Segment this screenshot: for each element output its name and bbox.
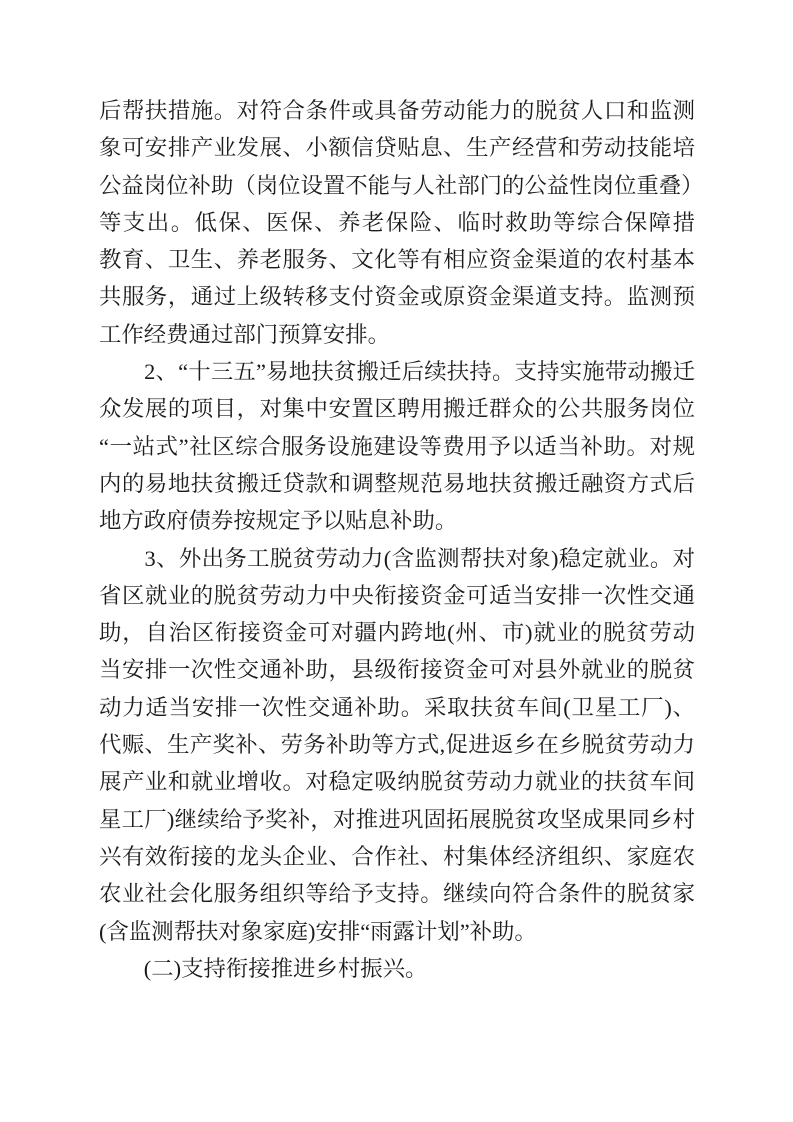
text-line: 共服务，通过上级转移支付资金或原资金渠道支持。监测预警: [99, 278, 695, 315]
text-line: 省区就业的脱贫劳动力中央衔接资金可适当安排一次性交通补: [99, 577, 695, 614]
text-line: 展产业和就业增收。对稳定吸纳脱贫劳动力就业的扶贫车间(卫: [99, 763, 695, 800]
text-line: 农业社会化服务组织等给予支持。继续向符合条件的脱贫家庭: [99, 875, 695, 912]
text-line: 星工厂)继续给予奖补，对推进巩固拓展脱贫攻坚成果同乡村振: [99, 801, 695, 838]
text-line: 2、“十三五”易地扶贫搬迁后续扶持。支持实施带动搬迁群: [99, 353, 695, 390]
text-line: 兴有效衔接的龙头企业、合作社、村集体经济组织、家庭农场、: [99, 838, 695, 875]
text-line: 众发展的项目，对集中安置区聘用搬迁群众的公共服务岗位和: [99, 390, 695, 427]
text-line: 动力适当安排一次性交通补助。采取扶贫车间(卫星工厂)、以工: [99, 689, 695, 726]
text-line: (含监测帮扶对象家庭)安排“雨露计划”补助。: [99, 913, 695, 950]
text-line: 等支出。低保、医保、养老保险、临时救助等综合保障措施，: [99, 204, 695, 241]
text-line: “一站式”社区综合服务设施建设等费用予以适当补助。对规划: [99, 428, 695, 465]
document-page: 后帮扶措施。对符合条件或具备劳动能力的脱贫人口和监测对 象可安排产业发展、小额信…: [0, 0, 793, 1122]
text-line: 公益岗位补助（岗位设置不能与人社部门的公益性岗位重叠）: [99, 167, 695, 204]
text-line: 工作经费通过部门预算安排。: [99, 316, 695, 353]
text-line: 内的易地扶贫搬迁贷款和调整规范易地扶贫搬迁融资方式后的: [99, 465, 695, 502]
text-line: 助，自治区衔接资金可对疆内跨地(州、市)就业的脱贫劳动力适: [99, 614, 695, 651]
text-line: 后帮扶措施。对符合条件或具备劳动能力的脱贫人口和监测对: [99, 92, 695, 129]
text-line: 3、外出务工脱贫劳动力(含监测帮扶对象)稳定就业。对跨: [99, 540, 695, 577]
text-line: 代赈、生产奖补、劳务补助等方式,促进返乡在乡脱贫劳动力发: [99, 726, 695, 763]
text-line: 象可安排产业发展、小额信贷贴息、生产经营和劳动技能培训、: [99, 129, 695, 166]
text-line: 地方政府债券按规定予以贴息补助。: [99, 502, 695, 539]
text-line: (二)支持衔接推进乡村振兴。: [99, 950, 695, 987]
document-text-block: 后帮扶措施。对符合条件或具备劳动能力的脱贫人口和监测对 象可安排产业发展、小额信…: [99, 92, 695, 987]
text-line: 当安排一次性交通补助，县级衔接资金可对县外就业的脱贫劳: [99, 651, 695, 688]
text-line: 教育、卫生、养老服务、文化等有相应资金渠道的农村基本公: [99, 241, 695, 278]
